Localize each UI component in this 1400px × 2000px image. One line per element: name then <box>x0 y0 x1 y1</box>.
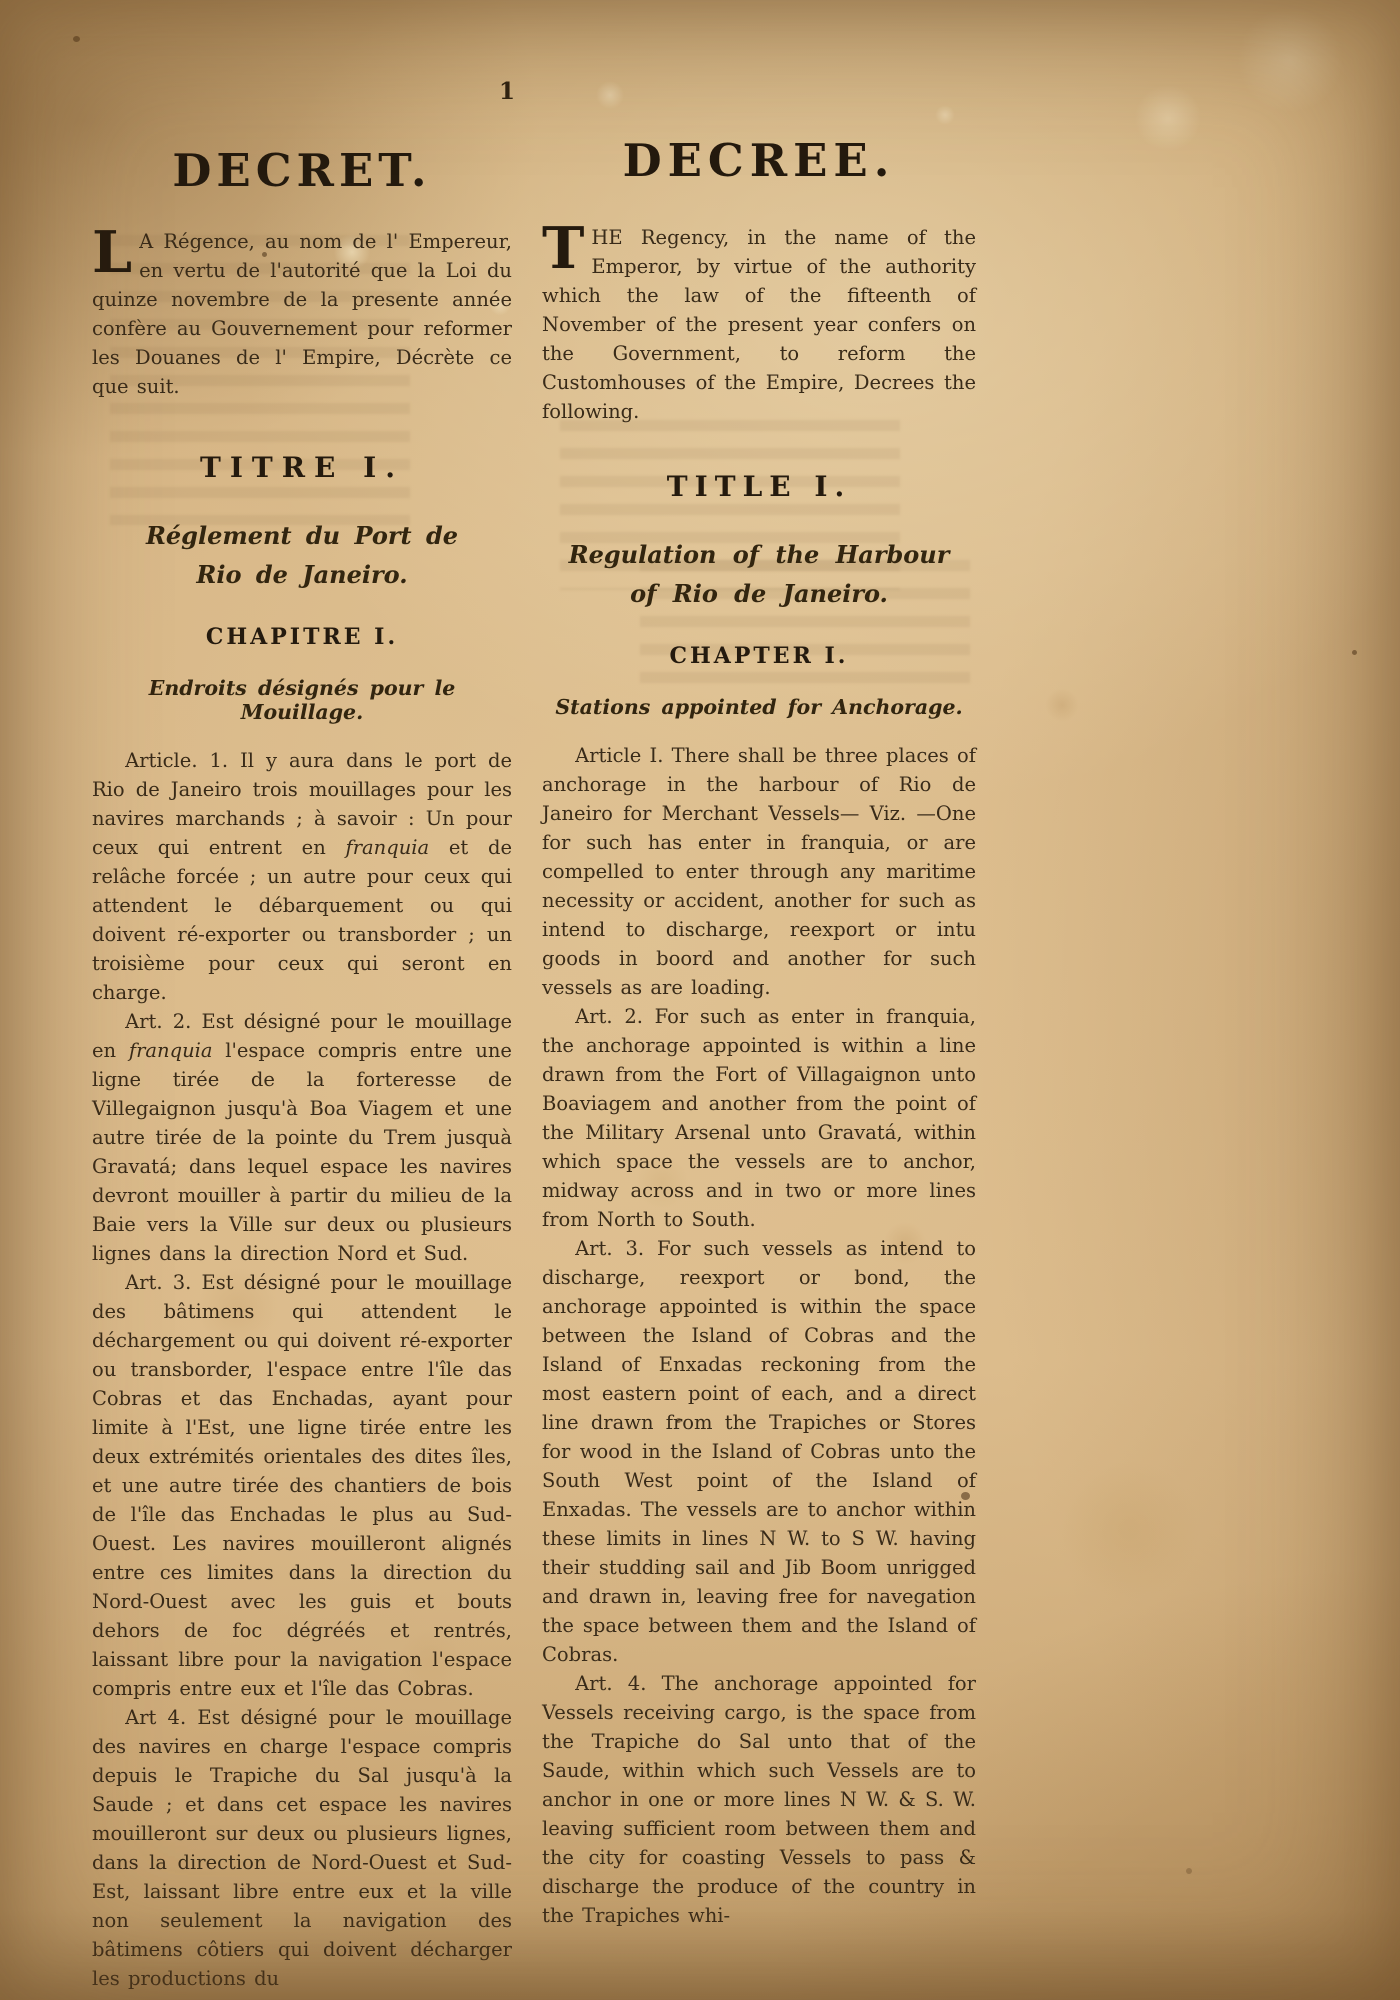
scanned-decree-page: { "theme": { "paper_color": "#d6b484", "… <box>0 0 1400 2000</box>
english-article-2: Art. 2. For such as enter in franquia, t… <box>542 1002 976 1234</box>
french-intro-text: A Régence, au nom de l' Empereur, en ver… <box>92 230 512 398</box>
french-title: TITRE I. <box>92 451 512 484</box>
english-intro-text: HE Regency, in the name of the Emperor, … <box>542 226 976 423</box>
english-articles: Article I. There shall be three places o… <box>542 741 976 1930</box>
french-article-3: Art. 3. Est désigné pour le mouillage de… <box>92 1268 512 1703</box>
english-article-4: Art. 4. The anchorage appointed for Vess… <box>542 1669 976 1930</box>
paper-speck <box>1352 650 1357 655</box>
english-column: DECREE. THE Regency, in the name of the … <box>542 86 976 1993</box>
english-intro-paragraph: THE Regency, in the name of the Emperor,… <box>542 223 976 426</box>
english-title: TITLE I. <box>542 470 976 503</box>
paper-speck <box>73 36 80 42</box>
english-chapter: CHAPTER I. <box>542 643 976 669</box>
paper-speck <box>1186 1868 1192 1874</box>
english-subtitle: Regulation of the Harbour of Rio de Jane… <box>563 535 955 613</box>
french-article-4: Art 4. Est désigné pour le mouillage des… <box>92 1703 512 1993</box>
english-heading: DECREE. <box>542 134 976 187</box>
french-article-1: Article. 1. Il y aura dans le port de Ri… <box>92 746 512 1007</box>
french-subtitle: Réglement du Port de Rio de Janeiro. <box>137 516 467 594</box>
french-chapter: CHAPITRE I. <box>92 624 512 650</box>
text-block: DECRET. LA Régence, au nom de l' Empereu… <box>92 86 976 1993</box>
french-heading: DECRET. <box>92 144 512 197</box>
french-article-2: Art. 2. Est désigné pour le mouillage en… <box>92 1007 512 1268</box>
english-dropcap: T <box>542 226 584 271</box>
french-dropcap: L <box>92 230 132 275</box>
english-article-3: Art. 3. For such vessels as intend to di… <box>542 1234 976 1669</box>
french-intro-paragraph: LA Régence, au nom de l' Empereur, en ve… <box>92 227 512 401</box>
english-chapter-subtitle: Stations appointed for Anchorage. <box>542 695 976 719</box>
french-column: DECRET. LA Régence, au nom de l' Empereu… <box>92 86 512 1993</box>
french-chapter-subtitle: Endroits désignés pour le Mouillage. <box>92 676 512 724</box>
french-articles: Article. 1. Il y aura dans le port de Ri… <box>92 746 512 1993</box>
english-article-1: Article I. There shall be three places o… <box>542 741 976 1002</box>
